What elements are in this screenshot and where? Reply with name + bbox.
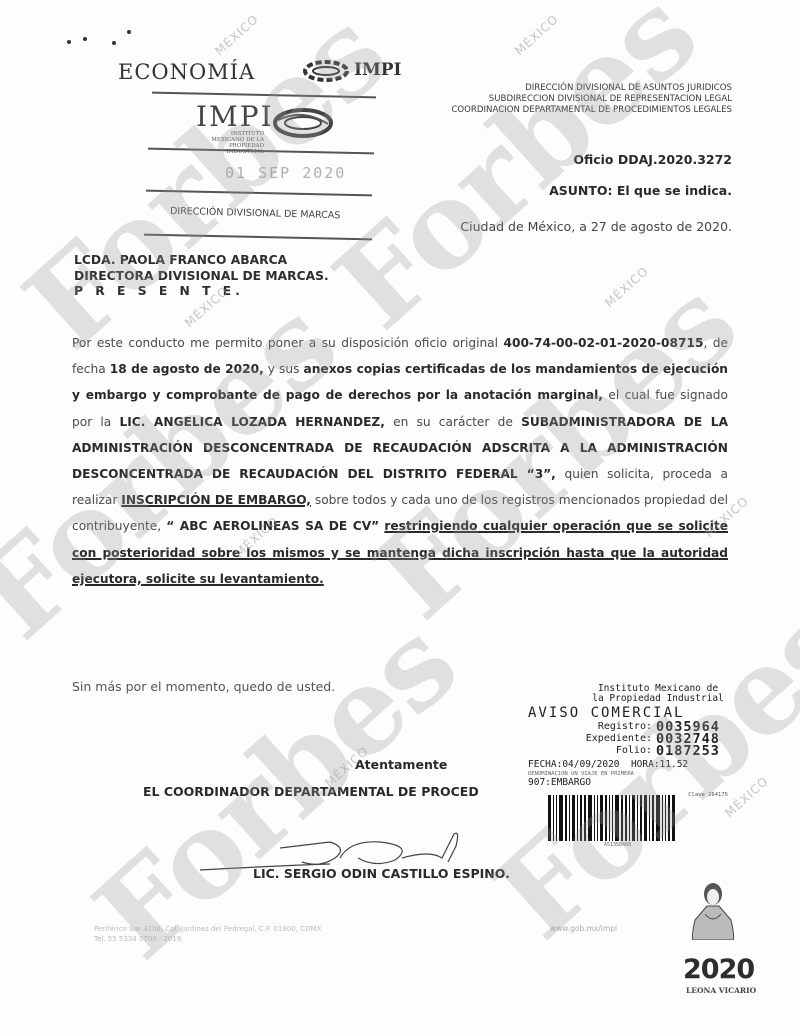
- leona-vicario-portrait-icon: [683, 880, 743, 940]
- department-line: SUBDIRECCION DIVISIONAL DE REPRESENTACIO…: [451, 94, 732, 105]
- year-logo: 2020: [683, 954, 754, 985]
- folio-number: 0187253: [656, 745, 742, 757]
- aviso-tipo: 907:EMBARGO: [528, 777, 748, 788]
- barcode-number: A51358468: [604, 842, 631, 848]
- barcode: [548, 795, 703, 841]
- aviso-fecha-hora: FECHA:04/09/2020 HORA:11.52: [528, 759, 748, 770]
- place-date: Ciudad de México, a 27 de agosto de 2020…: [460, 219, 732, 234]
- aviso-comercial-label: Instituto Mexicano de la Propiedad Indus…: [528, 684, 748, 798]
- footer-website: www.gob.mx/impi: [550, 924, 617, 933]
- atentamente: Atentamente: [355, 757, 447, 772]
- footer-address: Periférico Sur 3106, Col. Jardines del P…: [94, 924, 321, 944]
- stamp-logo-text: IMPI: [196, 100, 274, 133]
- closing-line: Sin más por el momento, quedo de usted.: [72, 679, 335, 694]
- recipient-presente: P R E S E N T E.: [74, 284, 329, 300]
- department-line: COORDINACION DEPARTAMENTAL DE PROCEDIMIE…: [451, 105, 732, 116]
- stamp-office: DIRECCIÓN DIVISIONAL DE MARCAS: [170, 206, 341, 221]
- impi-emblem-icon: [302, 58, 350, 84]
- asunto: ASUNTO: El que se indica.: [549, 183, 732, 198]
- stamp-date: 01 SEP 2020: [225, 164, 346, 182]
- institute-logo-text: IMPI: [354, 60, 402, 80]
- stamp-emblem-icon: [272, 106, 334, 140]
- department-line: DIRECCIÓN DIVISIONAL DE ASUNTOS JURIDICO…: [451, 83, 732, 94]
- recipient-title: DIRECTORA DIVISIONAL DE MARCAS.: [74, 269, 329, 285]
- recipient-block: LCDA. PAOLA FRANCO ABARCA DIRECTORA DIVI…: [74, 253, 329, 300]
- department-header: DIRECCIÓN DIVISIONAL DE ASUNTOS JURIDICO…: [451, 83, 732, 116]
- signer-name: LIC. SERGIO ODIN CASTILLO ESPINO.: [253, 866, 510, 881]
- body-paragraph: Por este conducto me permito poner a su …: [72, 330, 728, 592]
- ministry-logo-text: ECONOMÍA: [118, 60, 255, 84]
- signer-position: EL COORDINADOR DEPARTAMENTAL DE PROCED: [143, 784, 479, 799]
- recipient-name: LCDA. PAOLA FRANCO ABARCA: [74, 253, 329, 269]
- oficio-number: Oficio DDAJ.2020.3272: [573, 152, 732, 167]
- year-logo-name: LEONA VICARIO: [686, 986, 756, 995]
